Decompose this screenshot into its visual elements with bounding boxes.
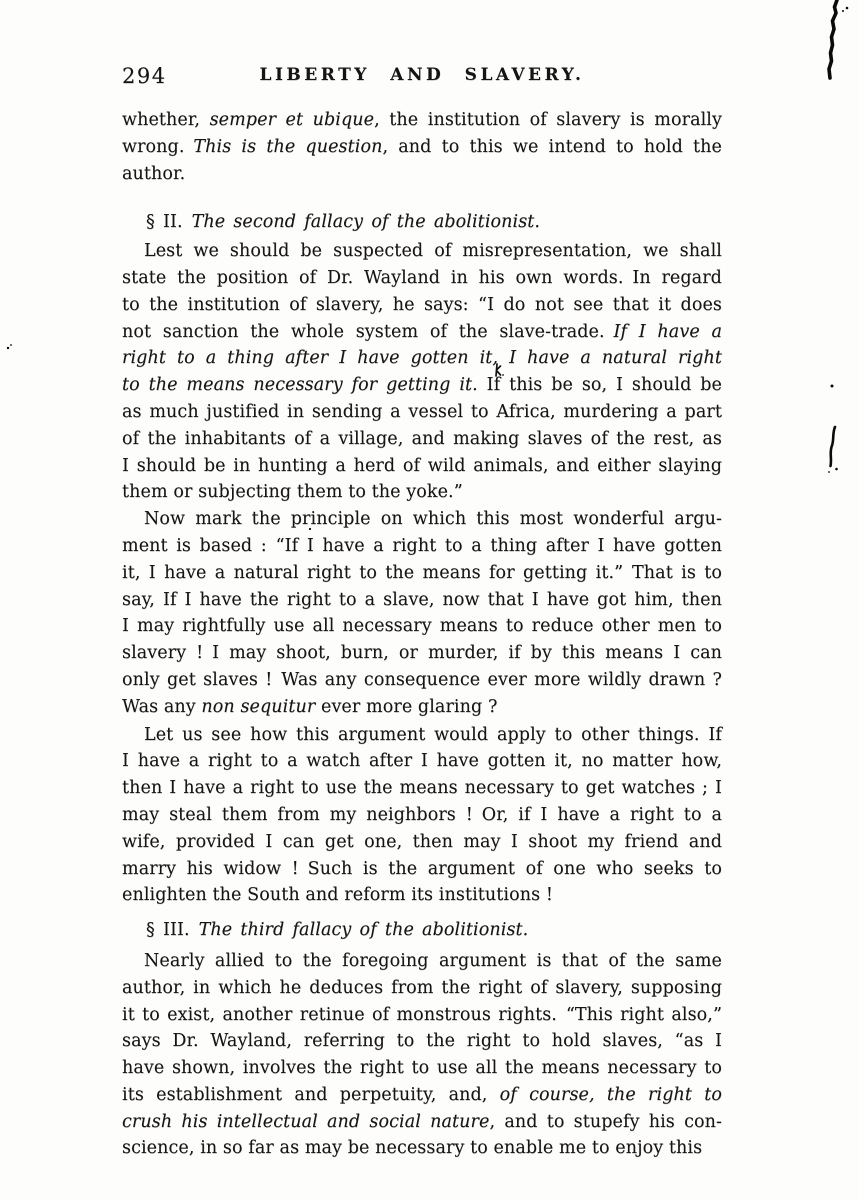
text-line: ment is based : “If I have a right to a … — [122, 533, 722, 560]
text-line: enlighten the South and reform its insti… — [122, 882, 722, 909]
paragraph: Nearly allied to the foregoing argument … — [122, 948, 722, 1162]
text-line: then I have a right to use the means nec… — [122, 775, 722, 802]
text-line: whether, semper et ubique, the instituti… — [122, 107, 722, 134]
text-line: slavery ! I may shoot, burn, or murder, … — [122, 640, 722, 667]
text-line: not sanction the whole system of the sla… — [122, 319, 722, 346]
text-line: author, in which he deduces from the rig… — [122, 975, 722, 1002]
paragraph: Lest we should be suspected of misrepres… — [122, 238, 722, 506]
text-line: crush his intellectual and social nature… — [122, 1109, 722, 1136]
text-line: § II. The second fallacy of the abolitio… — [146, 209, 722, 236]
text-line: wrong. This is the question, and to this… — [122, 134, 722, 161]
scan-mark-mid-right-icon — [828, 385, 838, 473]
page-number: 294 — [122, 64, 167, 88]
text-line: it to exist, another retinue of monstrou… — [122, 1002, 722, 1029]
text-line: say, If I have the right to a slave, now… — [122, 587, 722, 614]
text-line: says Dr. Wayland, referring to the right… — [122, 1028, 722, 1055]
text-line: it, I have a natural right to the means … — [122, 560, 722, 587]
text-line: have shown, involves the right to use al… — [122, 1055, 722, 1082]
text-line: I should be in hunting a herd of wild an… — [122, 453, 722, 480]
text-line: Now mark the principle on which this mos… — [122, 506, 722, 533]
text-line: § III. The third fallacy of the abolitio… — [146, 917, 722, 944]
text-line: may steal them from my neighbors ! Or, i… — [122, 802, 722, 829]
paragraph: whether, semper et ubique, the instituti… — [122, 107, 722, 187]
text-line: them or subjecting them to the yoke.” — [122, 479, 722, 506]
paragraph: Now mark the principle on which this mos… — [122, 506, 722, 720]
text-line: of the inhabitants of a village, and mak… — [122, 426, 722, 453]
text-line: wife, provided I can get one, then may I… — [122, 829, 722, 856]
text-line: Let us see how this argument would apply… — [122, 722, 722, 749]
text-line: I have a right to a watch after I have g… — [122, 748, 722, 775]
text-line: as much justified in sending a vessel to… — [122, 399, 722, 426]
section-heading: § II. The second fallacy of the abolitio… — [122, 209, 722, 236]
text-line: marry his widow ! Such is the argument o… — [122, 856, 722, 883]
paragraph: Let us see how this argument would apply… — [122, 722, 722, 910]
running-title: LIBERTY AND SLAVERY. — [122, 62, 722, 85]
text-column: whether, semper et ubique, the instituti… — [122, 107, 722, 1162]
text-line: Nearly allied to the foregoing argument … — [122, 948, 722, 975]
text-line: I may rightfully use all necessary means… — [122, 613, 722, 640]
text-line: its establishment and perpetuity, and, o… — [122, 1082, 722, 1109]
scan-speck-left-icon — [7, 344, 12, 349]
scan-mark-top-right-icon — [829, 0, 848, 78]
text-line: Lest we should be suspected of misrepres… — [122, 238, 722, 265]
text-line: science, in so far as may be necessary t… — [122, 1135, 722, 1162]
text-line: Was any non sequitur ever more glaring ? — [122, 694, 722, 721]
section-heading: § III. The third fallacy of the abolitio… — [122, 917, 722, 944]
text-line: to the means necessary for getting it. I… — [122, 372, 722, 399]
text-line: state the position of Dr. Wayland in his… — [122, 265, 722, 292]
text-line: only get slaves ! Was any consequence ev… — [122, 667, 722, 694]
book-page: 294 LIBERTY AND SLAVERY. whether, semper… — [0, 0, 859, 1200]
text-line: author. — [122, 161, 722, 188]
page-header: 294 LIBERTY AND SLAVERY. — [122, 62, 722, 94]
text-line: to the institution of slavery, he says: … — [122, 292, 722, 319]
text-line: right to a thing after I have gotten it,… — [122, 345, 722, 372]
